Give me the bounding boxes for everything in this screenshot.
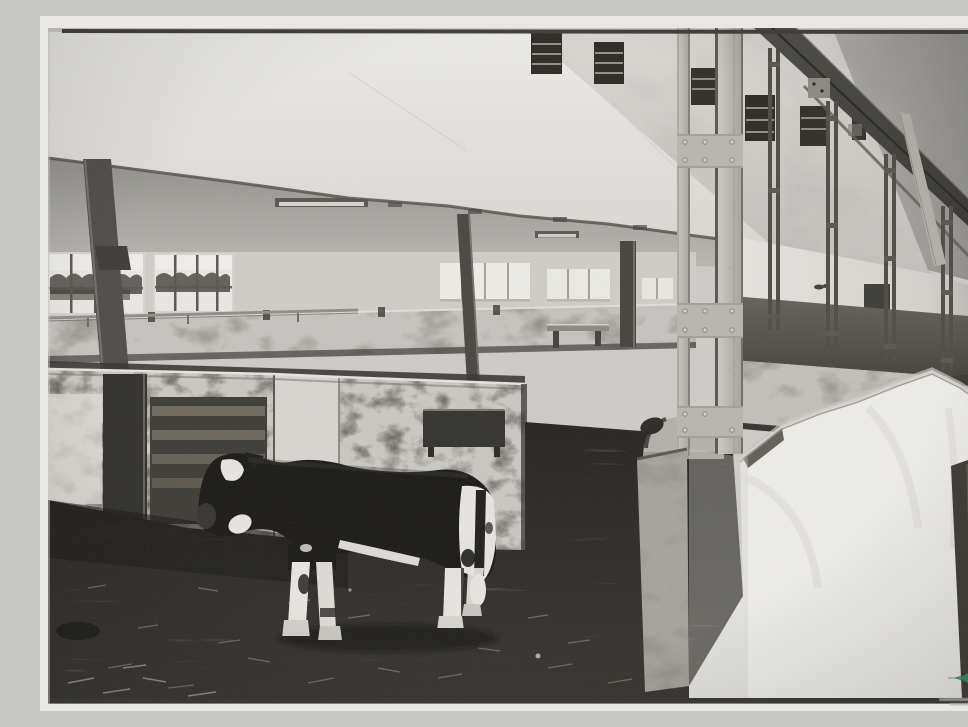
photograph [48, 28, 968, 704]
vignette [48, 28, 968, 704]
photo-scan-svg [40, 16, 968, 711]
archival-photo-scan [40, 16, 968, 711]
